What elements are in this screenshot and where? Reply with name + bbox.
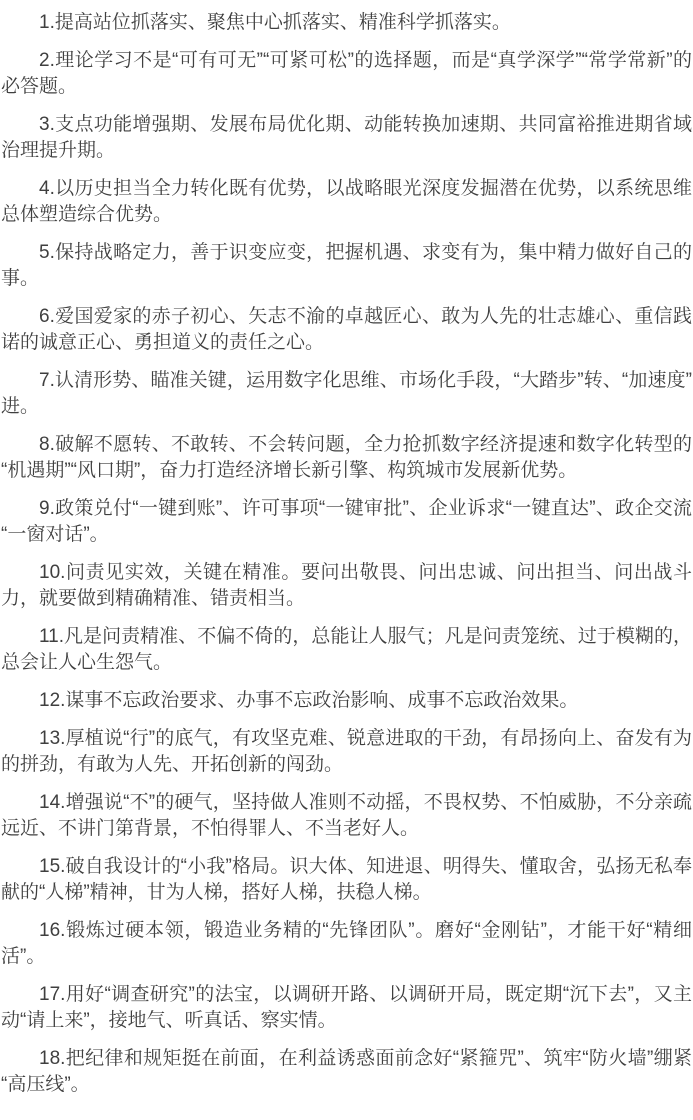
document-body: 1.提高站位抓落实、聚焦中心抓落实、精准科学抓落实。 2.理论学习不是“可有可无… bbox=[1, 10, 692, 1098]
paragraph-5: 5.保持战略定力，善于识变应变，把握机遇、求变有为，集中精力做好自己的事。 bbox=[1, 240, 692, 292]
paragraph-2: 2.理论学习不是“可有可无”“可紧可松”的选择题，而是“真学深学”“常学常新”的… bbox=[1, 48, 692, 100]
paragraph-12: 12.谋事不忘政治要求、办事不忘政治影响、成事不忘政治效果。 bbox=[1, 688, 692, 714]
paragraph-10: 10.问责见实效，关键在精准。要问出敬畏、问出忠诚、问出担当、问出战斗力，就要做… bbox=[1, 560, 692, 612]
paragraph-18: 18.把纪律和规矩挺在前面，在利益诱惑面前念好“紧箍咒”、筑牢“防火墙”绷紧“高… bbox=[1, 1046, 692, 1098]
paragraph-13: 13.厚植说“行”的底气，有攻坚克难、锐意进取的干劲，有昂扬向上、奋发有为的拼劲… bbox=[1, 726, 692, 778]
paragraph-16: 16.锻炼过硬本领，锻造业务精的“先锋团队”。磨好“金刚钻”，才能干好“精细活”… bbox=[1, 918, 692, 970]
paragraph-15: 15.破自我设计的“小我”格局。识大体、知进退、明得失、懂取舍，弘扬无私奉献的“… bbox=[1, 854, 692, 906]
paragraph-7: 7.认清形势、瞄准关键，运用数字化思维、市场化手段，“大踏步”转、“加速度”进。 bbox=[1, 368, 692, 420]
paragraph-14: 14.增强说“不”的硬气，坚持做人准则不动摇，不畏权势、不怕威胁，不分亲疏远近、… bbox=[1, 790, 692, 842]
paragraph-3: 3.支点功能增强期、发展布局优化期、动能转换加速期、共同富裕推进期省域治理提升期… bbox=[1, 112, 692, 164]
paragraph-6: 6.爱国爱家的赤子初心、矢志不渝的卓越匠心、敢为人先的壮志雄心、重信践诺的诚意正… bbox=[1, 304, 692, 356]
paragraph-17: 17.用好“调查研究”的法宝，以调研开路、以调研开局，既定期“沉下去”，又主动“… bbox=[1, 982, 692, 1034]
paragraph-8: 8.破解不愿转、不敢转、不会转问题，全力抢抓数字经济提速和数字化转型的“机遇期”… bbox=[1, 432, 692, 484]
paragraph-4: 4.以历史担当全力转化既有优势，以战略眼光深度发掘潜在优势，以系统思维总体塑造综… bbox=[1, 176, 692, 228]
paragraph-1: 1.提高站位抓落实、聚焦中心抓落实、精准科学抓落实。 bbox=[1, 10, 692, 36]
document-page: { "document": { "language": "zh-CN", "te… bbox=[0, 0, 693, 1120]
paragraph-11: 11.凡是问责精准、不偏不倚的，总能让人服气；凡是问责笼统、过于模糊的，总会让人… bbox=[1, 624, 692, 676]
paragraph-9: 9.政策兑付“一键到账”、许可事项“一键审批”、企业诉求“一键直达”、政企交流“… bbox=[1, 496, 692, 548]
